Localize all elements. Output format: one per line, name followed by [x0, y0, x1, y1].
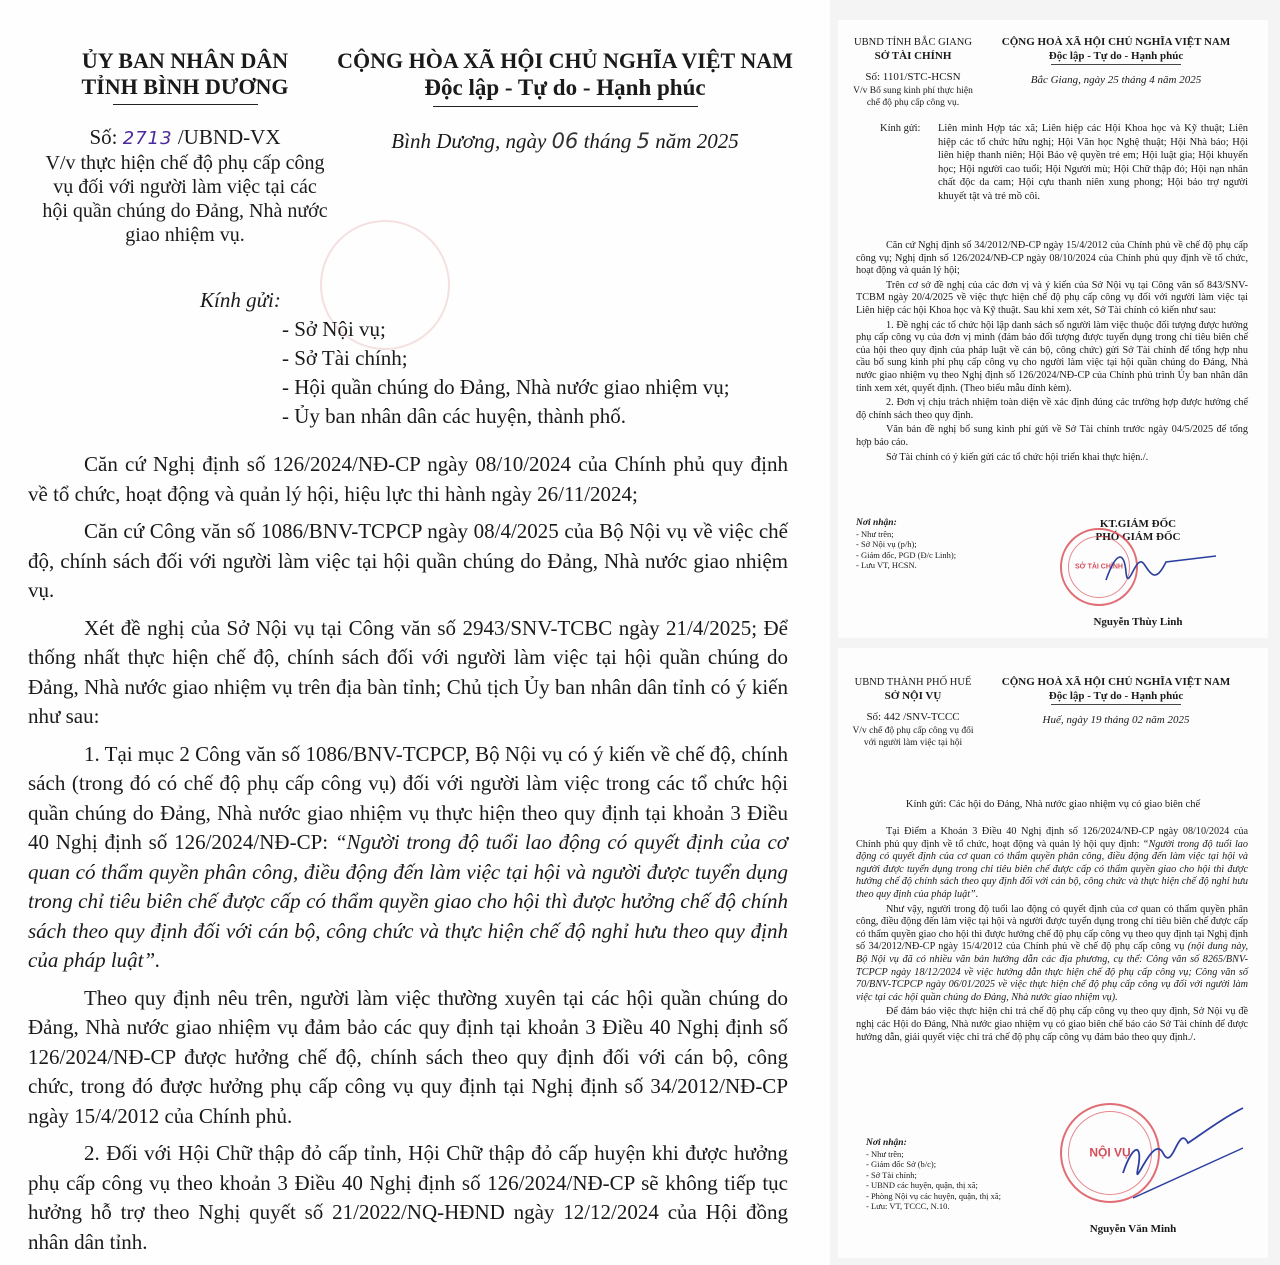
number-handwritten: 2713 — [123, 128, 173, 149]
divider — [1051, 64, 1181, 65]
signature-icon — [1096, 542, 1226, 592]
recipient-item: - Sở Nội vụ; — [282, 315, 730, 344]
paragraph: 2. Đơn vị chịu trách nhiệm toàn diện về … — [856, 397, 1248, 422]
nation-title: CỘNG HÒA XÃ HỘI CHỦ NGHĨA VIỆT NAM — [335, 48, 795, 74]
divider — [113, 104, 258, 105]
received-item: - Như trên; — [866, 1149, 1001, 1160]
paragraph: Sở Tài chính có ý kiến gửi các tổ chức h… — [856, 452, 1248, 465]
issuer-block: UBND TỈNH BẮC GIANG SỞ TÀI CHÍNH Số: 110… — [848, 36, 978, 109]
signature-icon — [1093, 1103, 1253, 1203]
document-number: Số: 442 /SNV-TCCC — [848, 711, 978, 725]
paragraph: Căn cứ Công văn số 1086/BNV-TCPCP ngày 0… — [28, 517, 788, 606]
national-header: CỘNG HOÀ XÃ HỘI CHỦ NGHĨA VIỆT NAM Độc l… — [986, 36, 1246, 88]
date-year: năm 2025 — [655, 129, 738, 153]
recipients-label: Kính gửi: — [200, 286, 730, 315]
paragraph: Xét đề nghị của Sở Nội vụ tại Công văn s… — [28, 614, 788, 732]
signer-name: Nguyễn Thùy Linh — [1048, 616, 1228, 630]
received-item: - Sở Nội vụ (p/h); — [856, 539, 956, 550]
motto: Độc lập - Tự do - Hạnh phúc — [986, 50, 1246, 64]
signer-title-1: KT.GIÁM ĐỐC — [1048, 518, 1228, 531]
recipients-line: Kính gửi: Các hội do Đảng, Nhà nước giao… — [838, 798, 1268, 812]
issuer-province: TỈNH BÌNH DƯƠNG — [40, 74, 330, 100]
recipient-item: - Ủy ban nhân dân các huyện, thành phố. — [282, 402, 730, 431]
national-header: CỘNG HÒA XÃ HỘI CHỦ NGHĨA VIỆT NAM Độc l… — [335, 48, 795, 154]
nation-title: CỘNG HOÀ XÃ HỘI CHỦ NGHĨA VIỆT NAM — [986, 36, 1246, 50]
document-body: Căn cứ Nghị định số 34/2012/NĐ-CP ngày 1… — [856, 240, 1248, 466]
issuer-parent: UBND TỈNH BẮC GIANG — [848, 36, 978, 50]
received-item: - Giám đốc, PGD (Đ/c Linh); — [856, 550, 956, 561]
document-date: Bắc Giang, ngày 25 tháng 4 năm 2025 — [986, 74, 1246, 88]
recipients-block: Kính gửi: Liên minh Hợp tác xã; Liên hiệ… — [938, 122, 1248, 203]
motto: Độc lập - Tự do - Hạnh phúc — [986, 690, 1246, 704]
received-label: Nơi nhận: — [856, 518, 956, 529]
received-item: - Giám đốc Sở (b/c); — [866, 1159, 1001, 1170]
received-list: - Như trên; - Sở Nội vụ (p/h); - Giám đố… — [856, 529, 956, 571]
document-subject: V/v Bổ sung kinh phí thực hiện chế độ ph… — [848, 85, 978, 109]
paragraph: Để đảm bảo việc thực hiện chi trả chế độ… — [856, 1006, 1248, 1044]
document-date: Huế, ngày 19 tháng 02 năm 2025 — [986, 714, 1246, 728]
recipient-item: - Hội quần chúng do Đảng, Nhà nước giao … — [282, 373, 730, 402]
paragraph: Căn cứ Nghị định số 126/2024/NĐ-CP ngày … — [28, 450, 788, 509]
received-item: - Như trên; — [856, 529, 956, 540]
received-item: - Sở Tài chính; — [866, 1170, 1001, 1181]
document-subject: V/v chế độ phụ cấp công vụ đối với người… — [848, 725, 978, 749]
received-item: - Lưu VT, HCSN. — [856, 560, 956, 571]
date-month: 5 — [637, 129, 650, 153]
issuer-name: SỞ TÀI CHÍNH — [848, 50, 978, 64]
date-place: Bình Dương, ngày — [391, 129, 546, 153]
paragraph: Tại Điểm a Khoản 3 Điều 40 Nghị định số … — [856, 826, 1248, 902]
paragraph: Trên cơ sở đề nghị của các đơn vị và ý k… — [856, 280, 1248, 318]
document-number: Số: 1101/STC-HCSN — [848, 71, 978, 85]
document-body: Tại Điểm a Khoản 3 Điều 40 Nghị định số … — [856, 826, 1248, 1046]
national-header: CỘNG HOÀ XÃ HỘI CHỦ NGHĨA VIỆT NAM Độc l… — [986, 676, 1246, 728]
received-item: - Phòng Nội vụ các huyện, quận, thị xã; — [866, 1191, 1001, 1202]
recipients-block: Kính gửi: - Sở Nội vụ; - Sở Tài chính; -… — [200, 286, 730, 431]
received-block: Nơi nhận: - Như trên; - Sở Nội vụ (p/h);… — [856, 518, 956, 571]
number-prefix: Số: — [90, 125, 118, 149]
paragraph: Văn bản đề nghị bổ sung kinh phí gửi về … — [856, 424, 1248, 449]
issuer-parent: UBND THÀNH PHỐ HUẾ — [848, 676, 978, 690]
document-bac-giang: UBND TỈNH BẮC GIANG SỞ TÀI CHÍNH Số: 110… — [838, 20, 1268, 638]
issuer-name: SỞ NỘI VỤ — [848, 690, 978, 704]
document-date: Bình Dương, ngày 06 tháng 5 năm 2025 — [335, 129, 795, 154]
date-month-label: tháng — [584, 129, 632, 153]
received-list: - Như trên; - Giám đốc Sở (b/c); - Sở Tà… — [866, 1149, 1001, 1212]
received-block: Nơi nhận: - Như trên; - Giám đốc Sở (b/c… — [866, 1138, 1001, 1212]
divider — [433, 106, 698, 107]
signer-name: Nguyễn Văn Minh — [1043, 1223, 1223, 1237]
item-1: 1. Tại mục 2 Công văn số 1086/BNV-TCPCP,… — [28, 740, 788, 976]
recipients-text: Liên minh Hợp tác xã; Liên hiệp các Hội … — [938, 122, 1248, 203]
paragraph: 1. Đề nghị các tổ chức hội lập danh sách… — [856, 320, 1248, 396]
signature-block: Nguyễn Văn Minh — [1043, 1223, 1223, 1237]
recipients-list: - Sở Nội vụ; - Sở Tài chính; - Hội quần … — [200, 315, 730, 431]
issuer-name: ỦY BAN NHÂN DÂN — [40, 48, 330, 74]
number-suffix: /UBND-VX — [178, 125, 281, 149]
nation-title: CỘNG HOÀ XÃ HỘI CHỦ NGHĨA VIỆT NAM — [986, 676, 1246, 690]
divider — [1051, 704, 1181, 705]
received-item: - Lưu: VT, TCCC, N.10. — [866, 1201, 1001, 1212]
document-binh-duong: ỦY BAN NHÂN DÂN TỈNH BÌNH DƯƠNG Số: 2713… — [0, 0, 830, 1265]
item-2: 2. Đối với Hội Chữ thập đỏ cấp tỉnh, Hội… — [28, 1139, 788, 1257]
paragraph: Căn cứ Nghị định số 34/2012/NĐ-CP ngày 1… — [856, 240, 1248, 278]
recipients-label: Kính gửi: — [880, 122, 920, 136]
document-number: Số: 2713 /UBND-VX — [40, 125, 330, 151]
document-body: Căn cứ Nghị định số 126/2024/NĐ-CP ngày … — [28, 450, 788, 1265]
paragraph: Như vậy, người trong độ tuổi lao động có… — [856, 904, 1248, 1005]
motto: Độc lập - Tự do - Hạnh phúc — [335, 74, 795, 102]
date-day: 06 — [552, 129, 579, 153]
issuer-block: UBND THÀNH PHỐ HUẾ SỞ NỘI VỤ Số: 442 /SN… — [848, 676, 978, 749]
document-subject: V/v thực hiện chế độ phụ cấp công vụ đối… — [40, 151, 330, 247]
received-label: Nơi nhận: — [866, 1138, 1001, 1149]
recipient-item: - Sở Tài chính; — [282, 344, 730, 373]
issuer-block: ỦY BAN NHÂN DÂN TỈNH BÌNH DƯƠNG Số: 2713… — [40, 48, 330, 247]
paragraph: Theo quy định nêu trên, người làm việc t… — [28, 984, 788, 1132]
received-item: - UBND các huyện, quận, thị xã; — [866, 1180, 1001, 1191]
document-hue: UBND THÀNH PHỐ HUẾ SỞ NỘI VỤ Số: 442 /SN… — [838, 648, 1268, 1258]
